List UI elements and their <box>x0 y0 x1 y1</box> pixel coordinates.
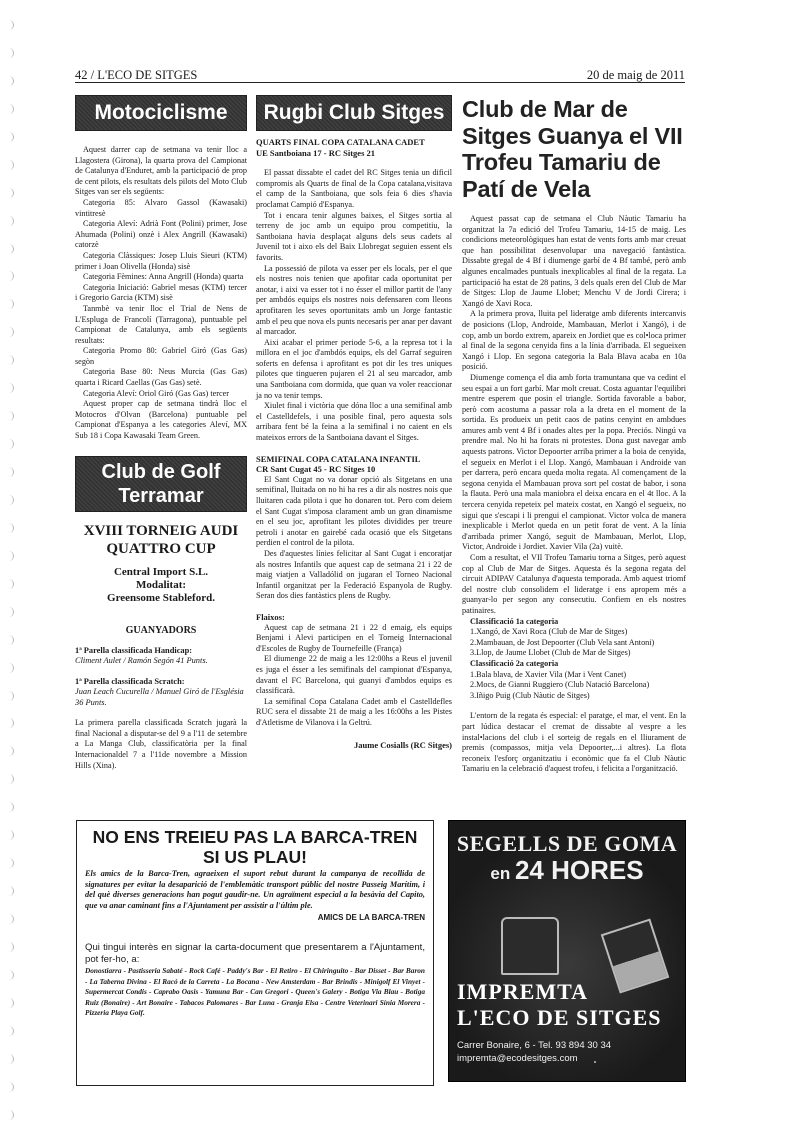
rubber-stamp-icon <box>501 917 559 975</box>
paragraph: Categoria Iniciació: Gabriel mesas (KTM)… <box>75 283 247 304</box>
paragraph: Tot i encara tenir algunes baixes, el Si… <box>256 211 452 264</box>
paragraph: El Sant Cugat no va donar opció als Sitg… <box>256 475 452 549</box>
paragraph: Categoria 85: Alvaro Gassol (Kawasaki) v… <box>75 198 247 219</box>
flaixos-heading: Flaixos: <box>256 612 452 623</box>
notice-invite: Qui tingui interès en signar la carta-do… <box>85 942 425 965</box>
paragraph: La semifinal Copa Catalana Cadet amb el … <box>256 697 452 729</box>
title-line: XVIII TORNEIG AUDI <box>75 522 247 540</box>
ad-email: impremta@ecodesitges.com <box>457 1052 611 1065</box>
paragraph: Categoria Promo 80: Gabriel Giró (Gas Ga… <box>75 346 247 367</box>
rugby-signature: Jaume Cosialls (RC Sitges) <box>256 740 452 750</box>
ad-brand-name: L'ECO DE SITGES <box>457 1005 662 1031</box>
notice-signature: AMICS DE LA BARCA-TREN <box>85 913 425 922</box>
scan-speck <box>594 1061 596 1063</box>
paragraph: Aquest cap de setmana 21 i 22 d emaig, e… <box>256 623 452 655</box>
modality-label: Modalitat: <box>75 579 247 592</box>
issue-date: 20 de maig de 2011 <box>587 68 685 82</box>
hours: 24 HORES <box>515 855 644 885</box>
paragraph: La possessió de pilota va esser per els … <box>256 264 452 338</box>
ad-address: Carrer Bonaire, 6 - Tel. 93 894 30 34 <box>457 1039 611 1052</box>
winners-heading: GUANYADORS <box>75 625 247 636</box>
notice-title: NO ENS TREIEU PAS LA BARCA-TREN SI US PL… <box>85 827 425 867</box>
ad-contact: Carrer Bonaire, 6 - Tel. 93 894 30 34 im… <box>457 1039 611 1065</box>
paragraph: Categoria Base 80: Neus Murcia (Gas Gas)… <box>75 367 247 388</box>
ad-headline: SEGELLS DE GOMA <box>449 831 685 857</box>
golf-banner: Club de Golf Terramar <box>75 456 247 512</box>
paragraph: Aquest darrer cap de setmana va tenir ll… <box>75 145 247 198</box>
paragraph: El diumenge 22 de maig a les 12:00hs a R… <box>256 654 452 696</box>
signing-places: Donostiarra - Pastisseria Sabaté - Rock … <box>85 966 425 1018</box>
handicap-winners: Climent Aulet / Ramón Segón 41 Punts. <box>75 656 247 667</box>
golf-banner-line: Terramar <box>76 484 246 508</box>
page-header: 42 / L'ECO DE SITGES 20 de maig de 2011 <box>75 67 685 83</box>
paragraph: Tanmbè va tenir lloc el Trial de Nens de… <box>75 304 247 346</box>
binding-holes <box>6 20 20 1120</box>
paragraph: L'entorn de la regata és especial: el pa… <box>462 711 686 775</box>
title-line: NO ENS TREIEU PAS LA BARCA-TREN <box>85 827 425 847</box>
column-motociclisme-golf: Motociclisme Aquest darrer cap de setman… <box>75 92 247 771</box>
match2-heading: SEMIFINAL COPA CATALANA INFANTIL <box>256 454 452 465</box>
match1-heading: QUARTS FINAL COPA CATALANA CADET <box>256 137 452 148</box>
barca-tren-notice: NO ENS TREIEU PAS LA BARCA-TREN SI US PL… <box>76 820 434 1086</box>
paragraph: Categoria Clàssiques: Josep Lluis Sieuri… <box>75 251 247 272</box>
classification-entry: 3.Iñigo Puig (Club Nàutic de Sitges) <box>470 691 686 702</box>
ad-subheadline: en 24 HORES <box>449 855 685 886</box>
golf-banner-line: Club de Golf <box>76 460 246 484</box>
paragraph: El passat dissabte el cadet del RC Sitge… <box>256 168 452 210</box>
paragraph: Categoria Aleví: Oriol Giró (Gas Gas) te… <box>75 389 247 400</box>
paragraph: A la primera prova, lluita pel lideratge… <box>462 309 686 373</box>
classification-1: Classificació 1a categoria 1.Xangó, de X… <box>462 617 686 659</box>
prefix: en <box>490 864 515 883</box>
column-rugby: Rugbi Club Sitges QUARTS FINAL COPA CATA… <box>256 92 452 750</box>
paragraph: Xiulet final i victòria que dóna lloc a … <box>256 401 452 443</box>
title-line: QUATTRO CUP <box>75 540 247 558</box>
classification-entry: 3.Llop, de Jaume Llobet (Club de Mar de … <box>470 648 686 659</box>
paragraph: Categoria Fèmines: Anna Angrill (Honda) … <box>75 272 247 283</box>
match1-score: UE Santboiana 17 - RC Sitges 21 <box>256 148 452 159</box>
paragraph: Aquest proper cap de setmana tindrà lloc… <box>75 399 247 441</box>
scratch-winners: Juan Leach Cucurella / Manuel Giró de l'… <box>75 687 247 708</box>
ad-brand-line: IMPREMTA <box>457 979 588 1005</box>
sponsor: Central Import S.L. <box>75 566 247 579</box>
paragraph: Diumenge comença el dia amb forta tramun… <box>462 373 686 553</box>
modality: Greensome Stableford. <box>75 592 247 605</box>
golf-final-note: La primera parella classificada Scratch … <box>75 718 247 771</box>
paragraph: Aquest passat cap de setmana el Club Nàu… <box>462 214 686 309</box>
self-inking-stamp-icon <box>601 918 670 993</box>
scratch-label: 1ª Parella classificada Scratch: <box>75 677 247 688</box>
motociclisme-banner: Motociclisme <box>75 95 247 131</box>
title-line: SI US PLAU! <box>85 847 425 867</box>
classification-entry: 2.Mocs, de Gianni Ruggiero (Club Natació… <box>470 680 686 691</box>
paragraph: Aixi acabar el primer periode 5-6, a la … <box>256 338 452 402</box>
column-vela: Club de Mar de Sitges Guanya el VII Trof… <box>462 92 686 775</box>
match2-score: CR Sant Cugat 45 - RC Sitges 10 <box>256 464 452 475</box>
paragraph: Des d'aquestes línies felicitar al Sant … <box>256 549 452 602</box>
golf-tournament-title: XVIII TORNEIG AUDI QUATTRO CUP <box>75 522 247 558</box>
rubber-stamp-ad: SEGELLS DE GOMA en 24 HORES IMPREMTA L'E… <box>448 820 686 1082</box>
classification-entry: 2.Mambauan, de Jost Depoorter (Club Vela… <box>470 638 686 649</box>
notice-message: Els amics de la Barca-Tren, agraeixen el… <box>85 869 425 911</box>
paragraph: Categoria Aleví: Adrià Font (Polini) pri… <box>75 219 247 251</box>
rugby-banner: Rugbi Club Sitges <box>256 95 452 131</box>
page-number-publication: 42 / L'ECO DE SITGES <box>75 68 197 82</box>
vela-headline: Club de Mar de Sitges Guanya el VII Trof… <box>462 96 686 202</box>
classification-entry: 1.Xangó, de Xavi Roca (Club de Mar de Si… <box>470 627 686 638</box>
classification-heading: Classificació 1a categoria <box>470 617 686 628</box>
classification-heading: Classificació 2a categoria <box>470 659 686 670</box>
classification-entry: 1.Bala blava, de Xavier Vila (Mar i Vent… <box>470 670 686 681</box>
golf-sponsor-modality: Central Import S.L. Modalitat: Greensome… <box>75 566 247 605</box>
motociclisme-article: Aquest darrer cap de setmana va tenir ll… <box>75 145 247 442</box>
classification-2: Classificació 2a categoria 1.Bala blava,… <box>462 659 686 701</box>
paragraph: Com a resultat, el VII Trofeu Tamariu to… <box>462 553 686 617</box>
handicap-label: 1ª Parella classificada Handicap: <box>75 646 247 657</box>
